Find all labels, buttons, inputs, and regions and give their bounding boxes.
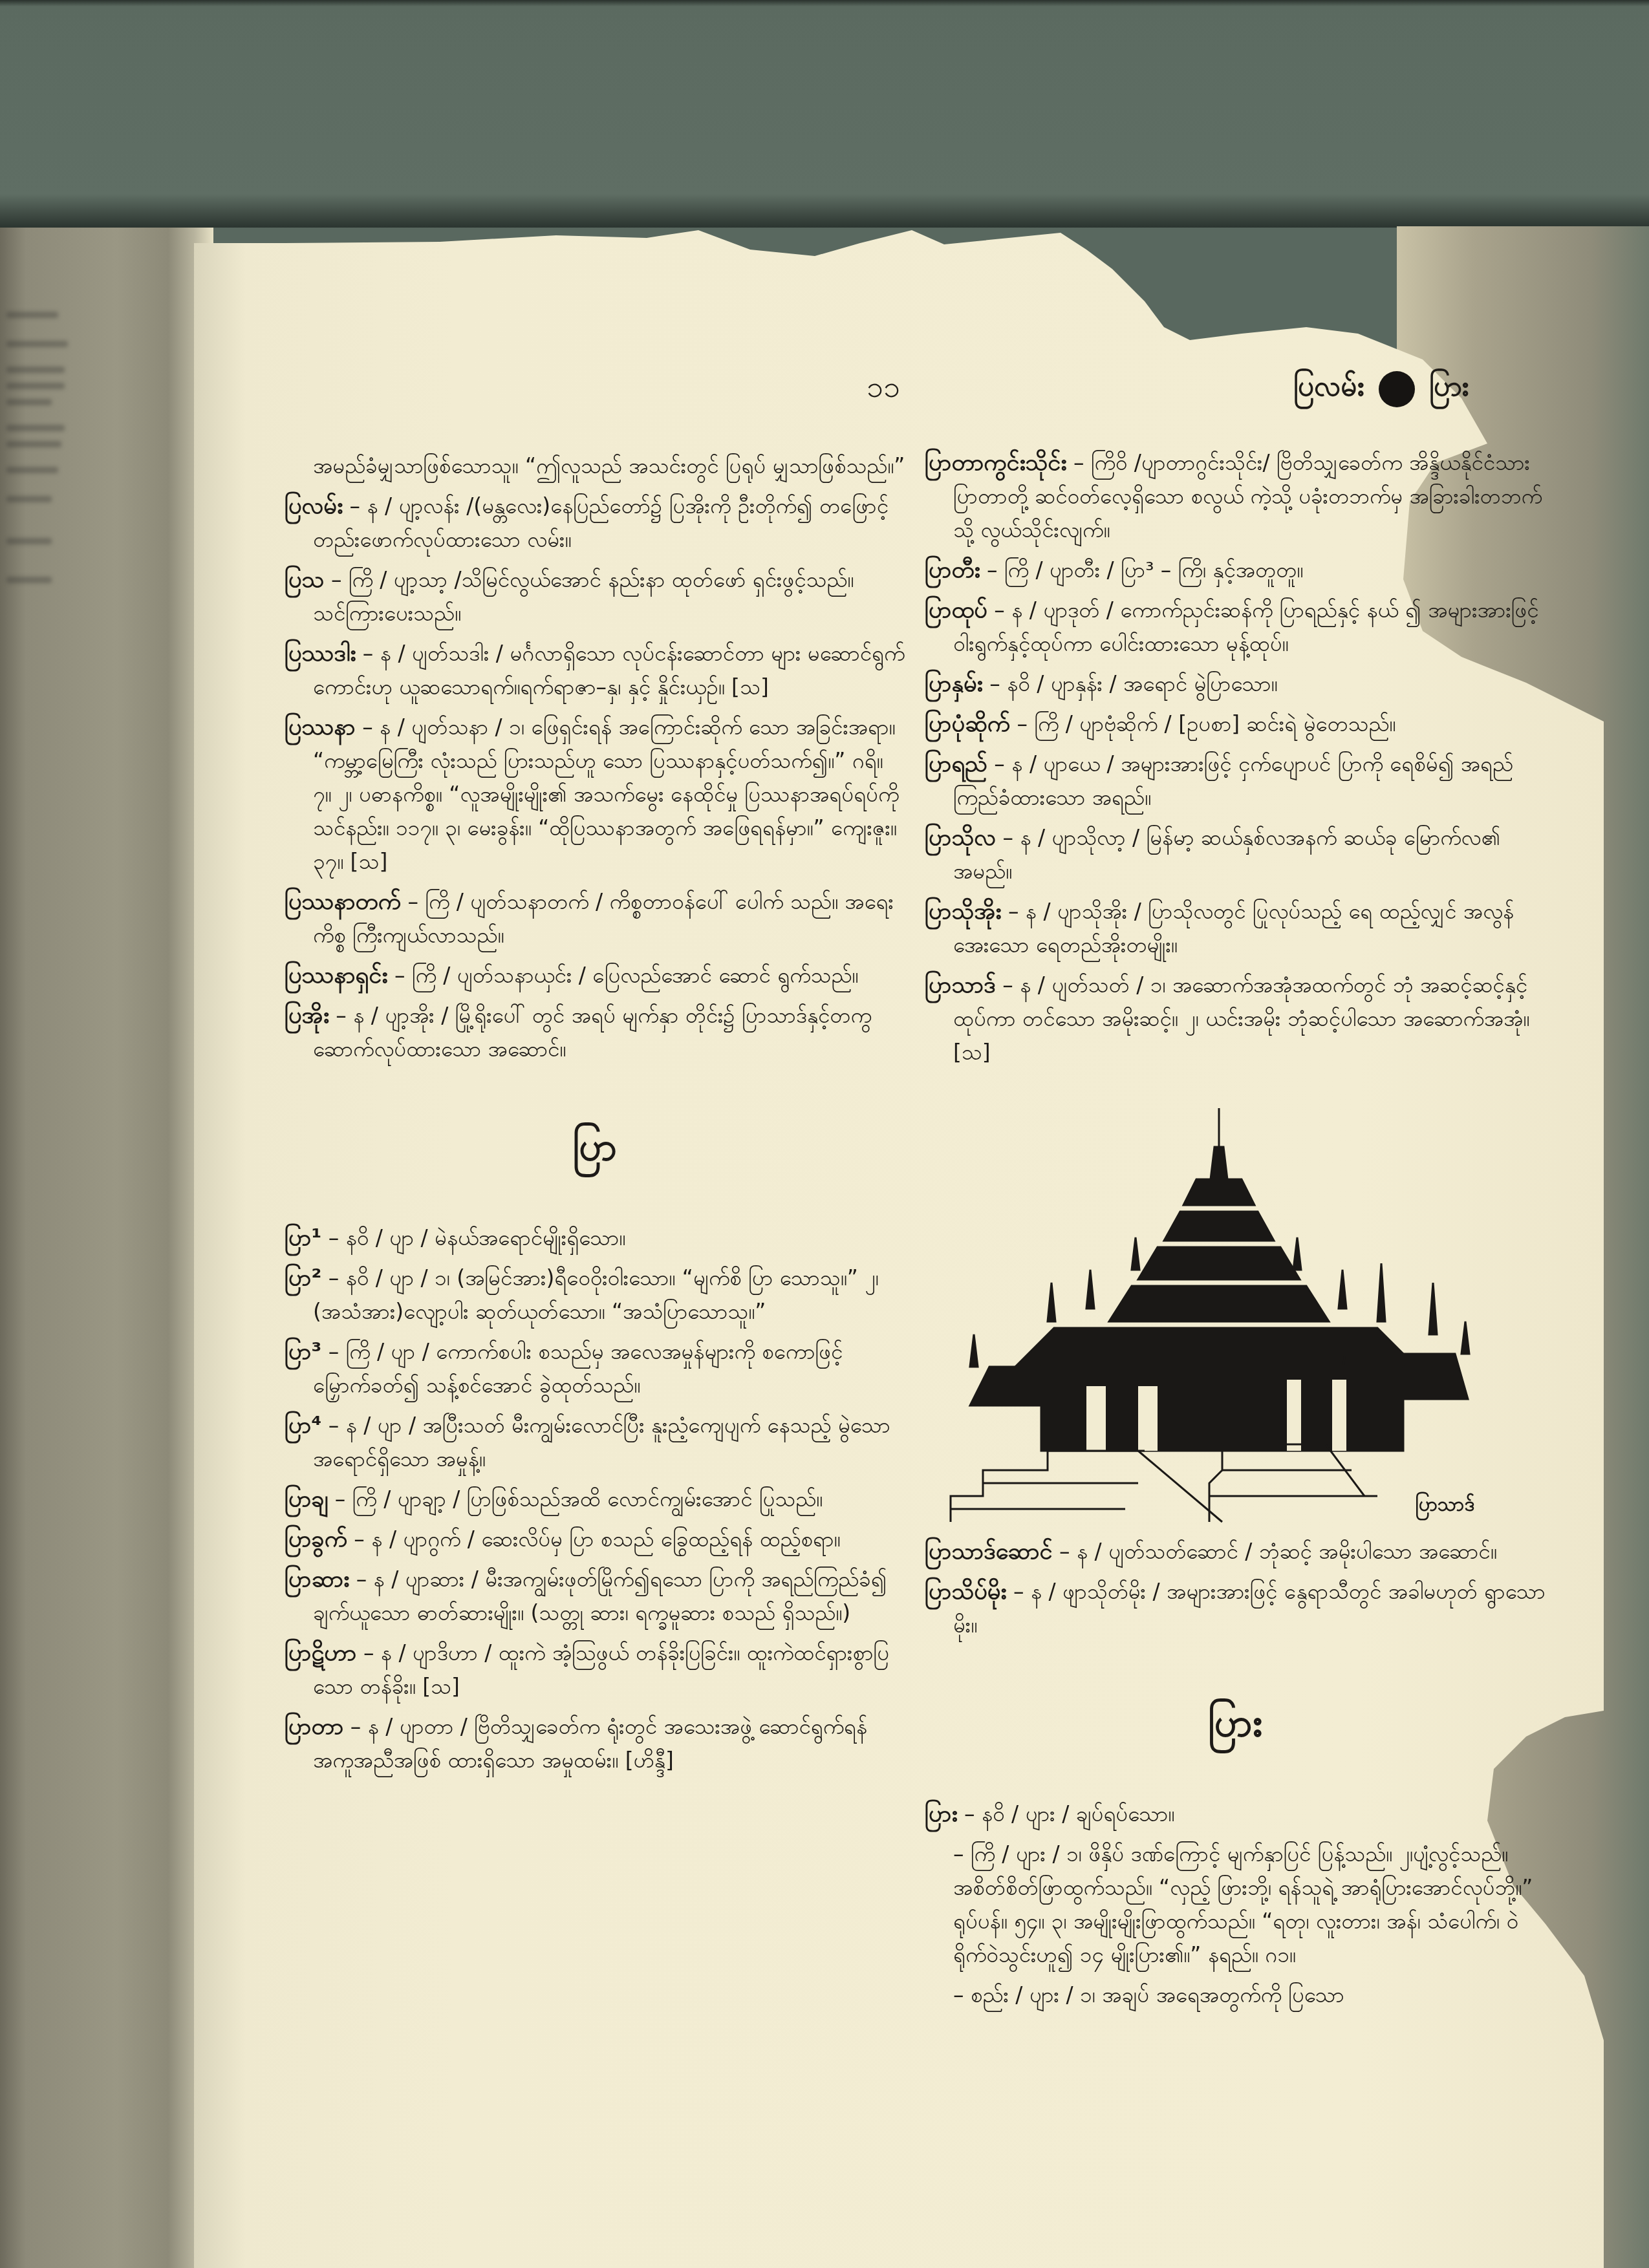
- dictionary-entry: ပြာဋိဟာ – န / ပျာဒိဟာ / ထူးကဲ အံ့ဩဖွယ် တ…: [285, 1636, 905, 1704]
- dictionary-entry: ပြဿနာတက် – ကြိ / ပျတ်သနာတက် / ကိစ္စတာဝန်…: [285, 885, 905, 952]
- entry-headword: ပြာသိုလ: [925, 824, 996, 851]
- dictionary-entry: ပြဿနာရှင်း – ကြိ / ပျတ်သနာယှင်း / ပြေလည်…: [285, 959, 905, 992]
- entry-headword: ပြာတာ: [285, 1713, 343, 1740]
- guide-words: ပြလမ်း ပြား: [1293, 369, 1469, 410]
- entry-definition: – န / ပျာသိုအိုး / ပြာသိုလတွင် ပြုလုပ်သည…: [953, 899, 1514, 957]
- dictionary-entry: ပြာပုံဆိုက် – ကြိ / ပျာဗုံဆိုက် / [ဥပစာ]…: [925, 707, 1546, 741]
- bleed-mark: [6, 577, 52, 583]
- entry-definition: – ကြိ / ပျာ / ကောက်စပါး စသည်မှ အလေအမှုန်…: [313, 1339, 843, 1398]
- dictionary-entry: ပြာသိပ်မိုး – န / ဖျာသိုတ်မိုး / အများအာ…: [925, 1575, 1546, 1642]
- entry-headword: ပြာသိပ်မိုး: [925, 1578, 1006, 1605]
- entry-headword: ပြာထုပ်: [925, 597, 987, 623]
- bleed-mark: [6, 441, 61, 447]
- entry-headword: ပြာ¹: [285, 1225, 321, 1251]
- left-column: အမည်ခံမျှသာဖြစ်သောသူ။ “ဤလူသည် အသင်းတွင် …: [285, 449, 905, 1784]
- dictionary-entry: ပြာ¹ – နဝိ / ပျာ / မဲနယ်အရောင်မျိုးရှိသေ…: [285, 1221, 905, 1255]
- entry-definition: – ကြိ / ပျာ့သာ့ /သိမြင်လွယ်အောင် နည်းနာ …: [313, 567, 854, 626]
- entry-definition: – န / ပျတ်သနာ / ၁၊ ဖြေရှင်းရန် အကြောင်းဆ…: [313, 714, 899, 874]
- entry-headword: ပြအိုး: [285, 1002, 329, 1029]
- guide-word-last: ပြား: [1429, 369, 1469, 410]
- entry-definition: – ကြိ / ပျာတီး / ပြာ³ – ကြိ၊ နှင့်အတူတူ။: [987, 557, 1303, 583]
- entry-definition: – နဝိ / ပျာနှန်း / အရောင် မွဲပြာသော။: [989, 671, 1277, 696]
- entry-headword: ပြာသာဒ်ဆောင်: [925, 1538, 1052, 1565]
- bleed-mark: [6, 425, 65, 431]
- entry-definition: – ကြိ / ပျတ်သနာယှင်း / ပြေလည်အောင် ဆောင်…: [394, 963, 858, 988]
- entry-headword: ပြာတီး: [925, 557, 980, 583]
- bullet-dot-icon: [1379, 371, 1415, 407]
- guide-word-first: ပြလမ်း: [1293, 369, 1364, 410]
- dictionary-entry-sense: – စည်း / ပျား / ၁၊ အချပ် အရေအတွက်ကို ပြသ…: [925, 1978, 1546, 2012]
- bleed-mark: [6, 496, 52, 502]
- dictionary-entry-sense: – ကြိ / ပျား / ၁၊ ဖိနှိပ် ဒဏ်ကြောင့် မျက…: [925, 1837, 1546, 1972]
- section-heading: ပြား: [925, 1700, 1546, 1746]
- dictionary-entry: ပြာရည် – န / ပျာယေ / အများအားဖြင့် ငှက်ပ…: [925, 747, 1546, 815]
- running-head: ၁၁ ပြလမ်း ပြား: [0, 369, 1649, 420]
- dictionary-entry: ပြာခွက် – န / ပျာဂွက် / ဆေးလိပ်မှ ပြာ စသ…: [285, 1523, 905, 1556]
- entry-definition: – န / ပျာဂွက် / ဆေးလိပ်မှ ပြာ စသည် ခြွေထ…: [354, 1526, 840, 1552]
- entry-headword: ပြာတာကွင်းသိုင်း: [925, 449, 1066, 476]
- entry-headword: ပြလမ်း: [285, 493, 343, 519]
- entry-headword: ပြာ²: [285, 1265, 321, 1291]
- entry-definition: – ကြိ / ပျာဗုံဆိုက် / [ဥပစာ] ဆင်းရဲ မွဲတ…: [1017, 711, 1396, 736]
- book-cover-top-band: [0, 0, 1649, 228]
- right-column: ပြာတာကွင်းသိုင်း – ကြိဝိ /ပျာတာဂွင်းသိုင…: [925, 446, 1546, 2018]
- page-number: ၁၁: [867, 369, 900, 412]
- entry-headword: ပြာပုံဆိုက်: [925, 711, 1010, 737]
- dictionary-entry: ပြာသာဒ် – န / ပျတ်သတ် / ၁၊ အဆောက်အအုံအထက…: [925, 968, 1546, 1069]
- entry-definition: – န / ပျာဆား / မီးအကျွမ်းဖုတ်မြိုက်၍ရသော…: [313, 1567, 887, 1625]
- dictionary-entry: ပြာတာကွင်းသိုင်း – ကြိဝိ /ပျာတာဂွင်းသိုင…: [925, 446, 1546, 547]
- entry-definition: – န / ပျတ်သတ် / ၁၊ အဆောက်အအုံအထက်တွင် ဘု…: [953, 972, 1529, 1065]
- entry-definition: – န / ပျာသိုလာ့ / မြန်မာ့ ဆယ်နှစ်လအနက် ဆ…: [953, 825, 1500, 884]
- dictionary-entry: ပြာသာဒ်ဆောင် – န / ပျတ်သတ်ဆောင် / ဘုံဆင့…: [925, 1535, 1546, 1568]
- pyatthat-figure: ပြာသာဒ်: [925, 1108, 1546, 1528]
- dictionary-entry: ပြာတီး – ကြိ / ပျာတီး / ပြာ³ – ကြိ၊ နှင့…: [925, 553, 1546, 587]
- dictionary-entry: ပြလမ်း – န / ပျာ့လန်း /(မန္တလေး)နေပြည်တေ…: [285, 489, 905, 557]
- entry-definition: – န / ပျာဒုတ် / ကောက်ညှင်းဆန်ကို ပြာရည်န…: [953, 597, 1539, 656]
- dictionary-entry: ပြသ – ကြိ / ပျာ့သာ့ /သိမြင်လွယ်အောင် နည်…: [285, 563, 905, 630]
- entry-headword: ပြာသိုအိုး: [925, 898, 1001, 925]
- entry-definition: – န / ပျတ်သတ်ဆောင် / ဘုံဆင့် အမိုးပါသော …: [1059, 1539, 1497, 1564]
- dictionary-entry: အမည်ခံမျှသာဖြစ်သောသူ။ “ဤလူသည် အသင်းတွင် …: [285, 449, 905, 483]
- entry-definition: – နဝိ / ပျာ / မဲနယ်အရောင်မျိုးရှိသော။: [329, 1225, 626, 1250]
- dictionary-entry: ပြာတာ – န / ပျာတာ / ဗြိတိသျှခေတ်က ရုံးတွ…: [285, 1710, 905, 1777]
- entry-headword: ပြာနှမ်း: [925, 670, 983, 697]
- dictionary-entry: ပြား – နဝိ / ပျား / ချပ်ရပ်သော။: [925, 1797, 1546, 1831]
- entry-definition: – န / ပျာဒိဟာ / ထူးကဲ အံ့ဩဖွယ် တန်ခိုးပြ…: [313, 1640, 889, 1699]
- entry-headword: ပြာချ: [285, 1486, 328, 1512]
- entry-headword: ပြဿဒါး: [285, 640, 356, 667]
- dictionary-entry: ပြာ⁴ – န / ပျာ / အပြီးသတ် မီးကျွမ်းလောင်…: [285, 1409, 905, 1476]
- entry-definition: – န / ပျာယေ / အများအားဖြင့် ငှက်ပျောပင် …: [953, 751, 1513, 810]
- figure-caption: ပြာသာဒ်: [1416, 1488, 1474, 1522]
- entry-definition: – နဝိ / ပျား / ချပ်ရပ်သော။: [964, 1801, 1174, 1826]
- entry-headword: ပြဿနာတက်: [285, 888, 401, 915]
- dictionary-entry: ပြာသိုလ – န / ပျာသိုလာ့ / မြန်မာ့ ဆယ်နှစ…: [925, 821, 1546, 888]
- bleed-mark: [6, 312, 58, 318]
- bleed-mark: [6, 341, 68, 347]
- entry-definition: – ကြိ / ပျား / ၁၊ ဖိနှိပ် ဒဏ်ကြောင့် မျက…: [953, 1841, 1533, 1967]
- dictionary-entry: ပြာချ – ကြိ / ပျာချာ့ / ပြာဖြစ်သည်အထိ လေ…: [285, 1482, 905, 1516]
- dictionary-entry: ပြာ² – နဝိ / ပျာ / ၁၊ (အမြင်အား)ရီဝေဝိုး…: [285, 1261, 905, 1329]
- entry-headword: ပြား: [925, 1801, 958, 1827]
- entry-definition: – စည်း / ပျား / ၁၊ အချပ် အရေအတွက်ကို ပြသ…: [953, 1982, 1344, 2007]
- book-spine-strip: [0, 228, 213, 2268]
- entry-headword: ပြာဆား: [285, 1566, 349, 1592]
- entry-definition: – န / ပျာတာ / ဗြိတိသျှခေတ်က ရုံးတွင် အသေ…: [313, 1714, 867, 1773]
- dictionary-entry: ပြာသိုအိုး – န / ပျာသိုအိုး / ပြာသိုလတွင…: [925, 895, 1546, 962]
- entry-definition: – န / ပျာ့အိုး / မြို့ရိုးပေါ် တွင် အရပ်…: [313, 1003, 872, 1062]
- bleed-mark: [6, 467, 58, 473]
- entry-headword: ပြာ³: [285, 1338, 321, 1365]
- dictionary-entry: ပြာဆား – န / ပျာဆား / မီးအကျွမ်းဖုတ်မြို…: [285, 1563, 905, 1630]
- dictionary-entry: ပြာ³ – ကြိ / ပျာ / ကောက်စပါး စသည်မှ အလေအ…: [285, 1335, 905, 1402]
- entry-headword: ပြဿနာရှင်း: [285, 962, 387, 989]
- dictionary-entry: ပြဿနာ – န / ပျတ်သနာ / ၁၊ ဖြေရှင်းရန် အကြ…: [285, 711, 905, 879]
- entry-headword: ပြာ⁴: [285, 1412, 321, 1439]
- entry-headword: ပြာဋိဟာ: [285, 1640, 356, 1666]
- entry-headword: ပြာသာဒ်: [925, 972, 996, 998]
- entry-definition: – ကြိ / ပျာချာ့ / ပြာဖြစ်သည်အထိ လောင်ကျွ…: [335, 1486, 823, 1512]
- entry-headword: ပြာရည်: [925, 751, 987, 777]
- bleed-mark: [6, 538, 52, 544]
- dictionary-entry: ပြအိုး – န / ပျာ့အိုး / မြို့ရိုးပေါ် တွ…: [285, 999, 905, 1066]
- dictionary-entry: ပြဿဒါး – န / ပျတ်သဒါး / မင်္ဂလာရှိသော လု…: [285, 637, 905, 704]
- entry-headword: ပြဿနာ: [285, 714, 356, 740]
- entry-definition: – န / ပျတ်သဒါး / မင်္ဂလာရှိသော လုပ်ငန်းဆ…: [313, 641, 905, 700]
- entry-definition: – န / ဖျာသိုတ်မိုး / အများအားဖြင့် နွေရာ…: [953, 1579, 1546, 1638]
- pyatthat-tiered-roof-icon: [925, 1108, 1546, 1528]
- entry-definition: – န / ပျာ / အပြီးသတ် မီးကျွမ်းလောင်ပြီး …: [313, 1413, 890, 1471]
- entry-definition: – နဝိ / ပျာ / ၁၊ (အမြင်အား)ရီဝေဝိုးဝါးသေ…: [313, 1265, 879, 1324]
- dictionary-entry: ပြာထုပ် – န / ပျာဒုတ် / ကောက်ညှင်းဆန်ကို…: [925, 594, 1546, 661]
- dictionary-entry: ပြာနှမ်း – နဝိ / ပျာနှန်း / အရောင် မွဲပြ…: [925, 667, 1546, 701]
- entry-definition: အမည်ခံမျှသာဖြစ်သောသူ။ “ဤလူသည် အသင်းတွင် …: [313, 453, 905, 478]
- entry-definition: – န / ပျာ့လန်း /(မန္တလေး)နေပြည်တော်၌ ပြအ…: [313, 493, 889, 552]
- entry-headword: ပြသ: [285, 566, 324, 593]
- entry-headword: ပြာခွက်: [285, 1526, 347, 1552]
- section-heading: ပြာ: [285, 1124, 905, 1170]
